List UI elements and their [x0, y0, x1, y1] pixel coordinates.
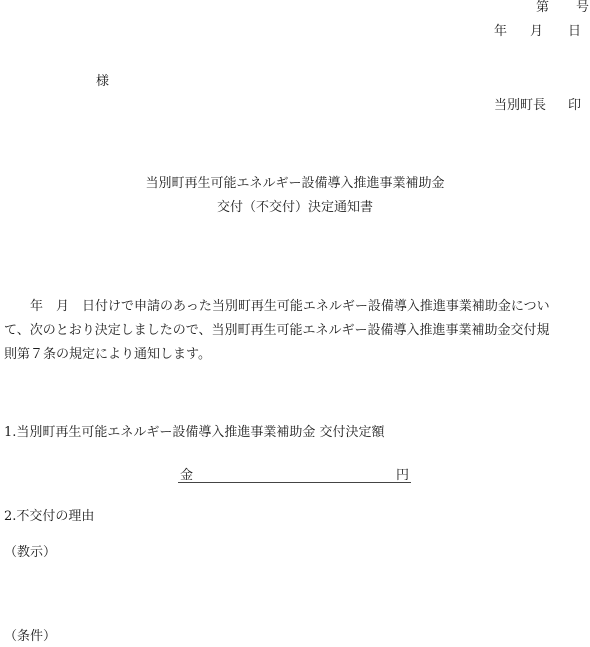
- number-suffix: 号: [576, 0, 589, 16]
- amount-prefix: 金: [180, 464, 193, 483]
- body-year: 年: [30, 299, 43, 314]
- body-line-1-text: 日付けで申請のあった当別町再生可能エネルギー設備導入推進事業補助金につい: [82, 299, 550, 314]
- date-year: 年: [494, 24, 507, 40]
- number-prefix: 第: [536, 0, 549, 16]
- body-month: 月: [56, 299, 69, 314]
- body-line-1: 年月日付けで申請のあった当別町再生可能エネルギー設備導入推進事業補助金につい: [4, 295, 588, 319]
- document-title-line1: 当別町再生可能エネルギー設備導入推進事業補助金: [0, 176, 590, 192]
- body-line-2: て、次のとおり決定しましたので、当別町再生可能エネルギー設備導入推進事業補助金交…: [4, 319, 588, 343]
- section-grant-amount-heading: 1.当別町再生可能エネルギー設備導入推進事業補助金 交付決定額: [4, 425, 385, 441]
- amount-suffix: 円: [396, 464, 409, 483]
- conditions-label: （条件）: [4, 629, 56, 645]
- addressee: 様: [96, 74, 109, 90]
- sender-name: 当別町長: [494, 98, 546, 113]
- date-day: 日: [568, 24, 581, 40]
- document-title-line2: 交付（不交付）決定通知書: [0, 200, 590, 216]
- sender: 当別町長印: [494, 98, 581, 114]
- date-month: 月: [530, 24, 543, 40]
- grant-amount-field: 金 円: [178, 464, 411, 483]
- instruction-label: （教示）: [4, 545, 56, 561]
- body-paragraph: 年月日付けで申請のあった当別町再生可能エネルギー設備導入推進事業補助金につい て…: [4, 295, 588, 367]
- section-non-grant-reason-heading: 2.不交付の理由: [4, 509, 94, 525]
- seal-mark: 印: [568, 98, 581, 113]
- document-number: 第号: [536, 0, 589, 16]
- document-date: 年月日: [494, 24, 581, 40]
- body-line-3: 則第７条の規定により通知します。: [4, 343, 588, 367]
